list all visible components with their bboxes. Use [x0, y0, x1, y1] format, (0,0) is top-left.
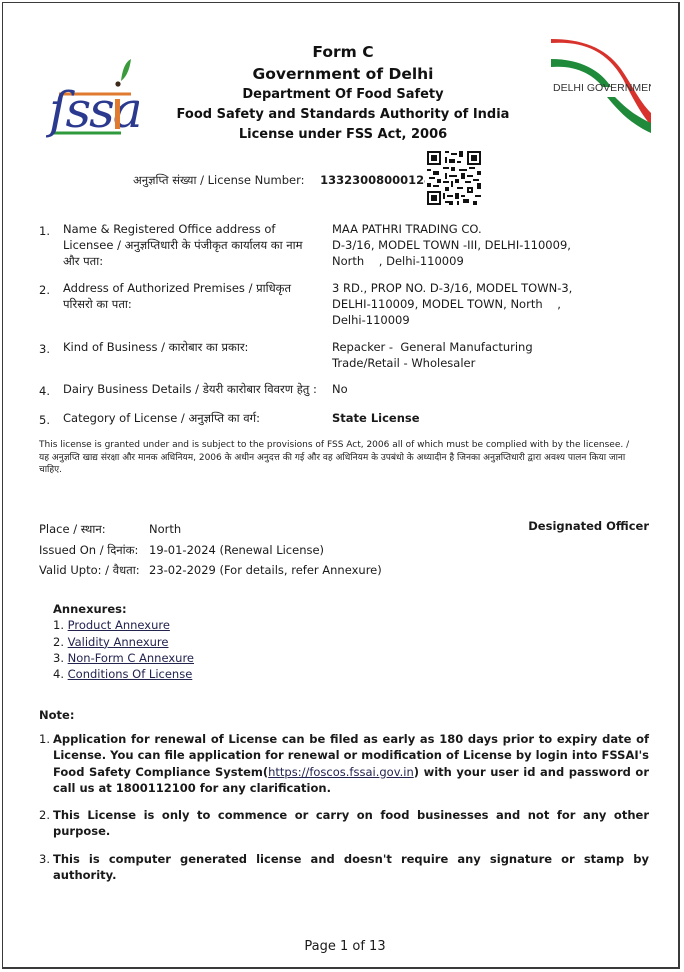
license-number: 13323008000124: [320, 173, 432, 187]
item-label: Kind of Business / कारोबार का प्रकार:: [63, 339, 313, 355]
item-label: Dairy Business Details / डेयरी कारोबार व…: [63, 381, 333, 397]
valid-upto-value: 23-02-2029 (For details, refer Annexure): [149, 560, 382, 581]
fssai-logo-icon: ſssa: [39, 41, 139, 139]
note-item: 1. Application for renewal of License ca…: [39, 731, 649, 796]
license-number-row: अनुज्ञप्ति संख्या / License Number: 1332…: [133, 173, 432, 188]
license-number-label: अनुज्ञप्ति संख्या / License Number:: [133, 173, 305, 187]
license-page: ſssa Form C Government of Delhi Departme…: [2, 2, 680, 969]
place-row: Place / स्थान: North: [39, 519, 382, 540]
product-annexure-link[interactable]: Product Annexure: [68, 618, 170, 632]
item-value: State License: [332, 410, 632, 426]
department-title: Department Of Food Safety: [143, 85, 543, 105]
item-value: MAA PATHRI TRADING CO. D-3/16, MODEL TOW…: [332, 221, 632, 269]
delhi-government-logo-icon: DELHI GOVERNMENT: [551, 39, 651, 135]
annexure-item: 2. Validity Annexure: [53, 634, 194, 650]
issued-on-value: 19-01-2024 (Renewal License): [149, 540, 324, 561]
foscos-link[interactable]: https://foscos.fssai.gov.in: [268, 765, 414, 779]
item-value: No: [332, 381, 632, 397]
designated-officer: Designated Officer: [523, 519, 649, 533]
place-dates-block: Place / स्थान: North Issued On / दिनांक:…: [39, 519, 382, 581]
item-value: 3 RD., PROP NO. D-3/16, MODEL TOWN-3, DE…: [332, 280, 632, 328]
item-label: Name & Registered Office address of Lice…: [63, 221, 313, 269]
authority-title: Food Safety and Standards Authority of I…: [143, 105, 543, 125]
svg-text:ſssa: ſssa: [45, 81, 139, 139]
svg-text:DELHI GOVERNMENT: DELHI GOVERNMENT: [553, 82, 651, 94]
conditions-of-license-link[interactable]: Conditions Of License: [68, 667, 193, 681]
item-value: Repacker - General Manufacturing Trade/R…: [332, 339, 632, 371]
provision-paragraph: This license is granted under and is sub…: [39, 439, 639, 477]
item-label: Category of License / अनुज्ञप्ति का वर्ग…: [63, 410, 313, 426]
annexures-title: Annexures:: [53, 601, 194, 617]
government-title: Government of Delhi: [143, 63, 543, 85]
act-title: License under FSS Act, 2006: [143, 125, 543, 145]
form-title: Form C: [143, 41, 543, 63]
annexure-item: 4. Conditions Of License: [53, 666, 194, 682]
annexures-list: Annexures: 1. Product Annexure 2. Validi…: [53, 601, 194, 682]
issued-on-row: Issued On / दिनांक: 19-01-2024 (Renewal …: [39, 540, 382, 561]
notes-section: Note: 1. Application for renewal of Lice…: [39, 707, 649, 894]
validity-annexure-link[interactable]: Validity Annexure: [68, 635, 169, 649]
annexure-item: 1. Product Annexure: [53, 617, 194, 633]
non-form-c-annexure-link[interactable]: Non-Form C Annexure: [68, 651, 194, 665]
page-number: Page 1 of 13: [3, 939, 684, 954]
valid-upto-row: Valid Upto: / वैधता: 23-02-2029 (For det…: [39, 560, 382, 581]
note-item: 3. This is computer generated license an…: [39, 851, 649, 884]
document-header: Form C Government of Delhi Department Of…: [143, 41, 543, 145]
note-item: 2. This License is only to commence or c…: [39, 807, 649, 840]
item-label: Address of Authorized Premises / प्राधिक…: [63, 280, 313, 312]
annexure-item: 3. Non-Form C Annexure: [53, 650, 194, 666]
place-value: North: [149, 519, 181, 540]
note-title: Note:: [39, 707, 649, 723]
qr-code-icon[interactable]: [425, 149, 483, 207]
